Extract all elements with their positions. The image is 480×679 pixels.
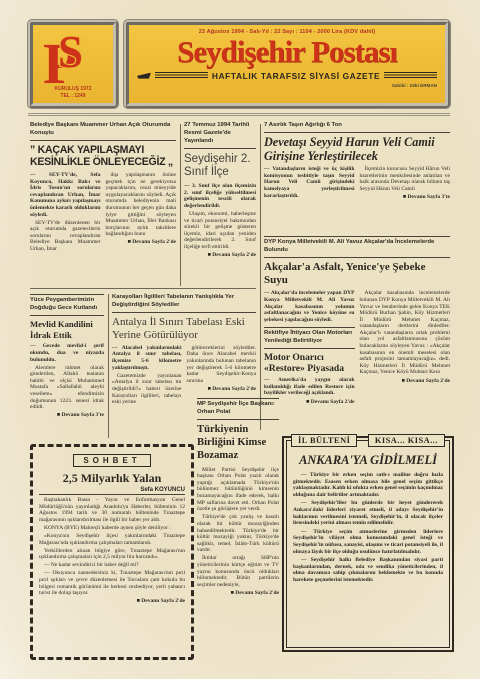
story-akcalar: DYP Konya Milletvekili M. Ali Yavuz Akça…: [264, 236, 450, 432]
story-devetasi-body: — Vatandaşların isteği ve üç kişilik kom…: [264, 166, 450, 200]
story-antalya-headline: Antalya İl Sınırı Tabelası Eski Yerine G…: [112, 316, 256, 342]
logo-box: P S KURULUŞ 1972 TEL : 1249: [28, 20, 118, 108]
sohbet-byline: Sefa KOYUNCU: [39, 487, 185, 495]
story-mevlid: Yüce Peygamberimizin Doğduğu Gece Kutlan…: [30, 294, 104, 440]
sohbet-label: SOHBET: [73, 454, 150, 467]
story-sinif-continuation: ■ Devamı Sayfa 2'de: [184, 252, 256, 259]
bulletin-body: — Türkiye bir erken seçim sath-ı mailine…: [293, 472, 443, 584]
story-mevlid-par: Alemlere rahmet olarak gönderilen, Allah…: [30, 365, 104, 411]
bulletin-par: — Seydişehir halkı Belediye Başkanından …: [293, 557, 443, 583]
story-devetasi-headline: Devetaşı Seyyid Harun Veli Camii Girişin…: [264, 136, 450, 163]
story-kacak-body: — SEY-TV'de, Sefa Koyuncu, Hakkı Balcı v…: [30, 172, 176, 253]
newspaper-title: Seydişehir Postası: [137, 36, 437, 68]
story-antalya-kicker: Karayolları İlgilileri Tabelanın Yanlışl…: [112, 294, 256, 313]
subtitle-rule-right: [384, 72, 437, 79]
story-akcalar-par: Akçalar kasabasında incelemelerde buluna…: [360, 290, 451, 376]
story-restore-kicker: Rektifiye İhtiyacı Olan Motorları Yenile…: [264, 330, 355, 349]
column-rule: [108, 294, 109, 438]
story-devetasi-kicker: 7 Asırlık Taşın Ağırlığı 6 Ton: [264, 122, 450, 133]
story-kacak-lead: — SEY-TV'de, Sefa Koyuncu, Hakkı Balcı v…: [30, 172, 101, 218]
sohbet-continuation: ■ Devamı Sayfa 2'de: [39, 598, 185, 605]
sohbet-par: KONYA (BYE) Mahreçli haberde aynen şöyle…: [39, 525, 185, 532]
story-akcalar-left-column: — Akçalar'da incelemeler yapan DYP Konya…: [264, 290, 355, 405]
masthead-divider: [28, 113, 450, 116]
sohbet-par: «Konya'nın Seydişehir ilçesi yakınlarınd…: [39, 533, 185, 546]
story-mevlid-headline: Mevlid Kandilini İdrak Ettik: [30, 319, 104, 340]
bulletin-par: — Seydişehir'liler bu günlerde bir heyet…: [293, 500, 443, 526]
story-restore-lead: — Amerika'da yaygın olarak kullanıldığı …: [264, 377, 355, 397]
story-mevlid-kicker: Yüce Peygamberimizin Doğduğu Gece Kutlan…: [30, 294, 104, 316]
story-kacak-par: dışı yapılaşmanın önüne geçmek için ne g…: [106, 172, 177, 238]
story-polat-headline: Türkiyenin Birliğini Kimse Bozamaz: [197, 424, 279, 463]
story-sinif-body: — 3. Sınıf ilçe olan ilçemizin 2. sınıf …: [184, 183, 256, 259]
sohbet-box: SOHBET 2,5 Milyarlık Yalan Sefa KOYUNCU …: [30, 444, 194, 660]
story-antalya-par: götüreceklerini söylediler. Daha önce Al…: [187, 345, 257, 385]
sohbet-par: Yetkililerden alınan bilgiye göre, Tınaz…: [39, 548, 185, 561]
band-ornament-icon: [137, 73, 151, 79]
story-antalya-body: — Alacabel yakınlarındaki Antalya il sın…: [112, 345, 256, 406]
bulletin-tab-il-bulteni: İL BÜLTENİ: [291, 434, 357, 447]
sohbet-headline: 2,5 Milyarlık Yalan: [39, 471, 185, 486]
bulletin-tab-kisa-kisa: KISA... KISA...: [368, 434, 445, 447]
story-akcalar-continuation: ■ Devamı Sayfa 2'de: [360, 378, 451, 385]
story-mevlid-lead: — Gecede mevlid-i şerif okundu, dua ve n…: [30, 343, 104, 363]
story-polat-par: Türkiye'de çok yanlış ve kasıtlı olarak …: [197, 514, 279, 554]
story-sinif: 27 Temmuz 1994 Tarihli Resmi Gazete'de Y…: [184, 122, 256, 286]
story-akcalar-lead: — Akçalar'da incelemeler yapan DYP Konya…: [264, 290, 355, 323]
story-mevlid-body: — Gecede mevlid-i şerif okundu, dua ve n…: [30, 343, 104, 419]
subtitle-band: HAFTALIK TARAFSIZ SİYASİ GAZETE: [137, 71, 437, 81]
column-rule: [180, 124, 181, 286]
bulletin-par: — Türkiye bir erken seçim sath-ı mailine…: [293, 472, 443, 498]
story-devetasi-par: İlçemizin kurucusu Seyyid Hârun Veli haz…: [360, 166, 451, 192]
masthead-owner: Sahibi : Zeki ERMAN: [137, 83, 437, 88]
sohbet-par: Başbakanlık Basın - Yayın ve Enformasyon…: [39, 497, 185, 523]
story-polat-par: İktidar ortağı SHP'nin yöneticilerinin k…: [197, 555, 279, 588]
story-kacak-par: SEY-TV'de düzenlenen bir açık oturumda g…: [30, 220, 101, 253]
logo-caption-tel: TEL : 1249: [33, 93, 113, 100]
story-antalya: Karayolları İlgilileri Tabelanın Yanlışl…: [112, 294, 256, 394]
story-akcalar-kicker: DYP Konya Milletvekili M. Ali Yavuz Akça…: [264, 239, 450, 258]
story-mevlid-continuation: ■ Devamı Sayfa 3'te: [30, 412, 104, 419]
sohbet-body: Başbakanlık Basın - Yayın ve Enformasyon…: [39, 497, 185, 605]
story-akcalar-right-column: Akçalar kasabasında incelemelerde buluna…: [360, 290, 451, 405]
story-restore-headline: Motor Onarıcı «Restore» Piyasada: [264, 352, 355, 375]
newspaper-logo-icon: P S: [41, 27, 103, 91]
story-sinif-headline: Seydişehir 2. Sınıf İlçe: [184, 153, 256, 180]
story-antalya-continuation: ■ Devamı Sayfa 2'de: [187, 386, 257, 393]
story-sinif-par: Ulaşım, ekonomi, haberleşme ve ticari po…: [184, 211, 256, 251]
story-antalya-par: Gazetemizde yayınlanan «Antalya il sınır…: [112, 373, 182, 406]
story-kacak-continuation: ■ Devamı Sayfa 2'de: [106, 239, 177, 246]
story-kacak-headline: ” KAÇAK YAPILAŞMAYI KESİNLİKLE ÖNLEYECEĞ…: [30, 144, 176, 169]
story-kacak: Belediye Başkanı Muammer Urhan Açık Otur…: [30, 122, 176, 286]
svg-text:S: S: [58, 27, 83, 77]
story-sinif-lead: — 3. Sınıf ilçe olan ilçemizin 2. sınıf …: [184, 183, 256, 209]
bulletin-box: İL BÜLTENİ KISA... KISA... ANKARA'YA GİD…: [286, 440, 450, 648]
story-polat-body: Millet Partisi Seydişehir ilçe başkanı O…: [197, 467, 279, 597]
story-kacak-kicker: Belediye Başkanı Muammer Urhan Açık Otur…: [30, 122, 176, 141]
newspaper-page: P S KURULUŞ 1972 TEL : 1249 23 Ağustos 1…: [0, 0, 480, 679]
story-polat-kicker: MP Seydişehir İlçe Başkanı: Orhan Polat: [197, 398, 279, 420]
section-rule: [30, 288, 256, 289]
bulletin-headline: ANKARA'YA GİDİLMELİ: [293, 453, 443, 468]
column-rule: [260, 124, 261, 430]
masthead: 23 Ağustos 1994 - Salı-Yıl : 22 Sayı : 1…: [124, 20, 450, 108]
story-devetasi: 7 Asırlık Taşın Ağırlığı 6 Ton Devetaşı …: [264, 122, 450, 232]
sohbet-par: — Okuyunca zannedersiniz ki, Tınaztepe M…: [39, 570, 185, 596]
logo-caption: KURULUŞ 1972 TEL : 1249: [33, 86, 113, 99]
story-polat-continuation: ■ Devamı Sayfa 2'de: [197, 590, 279, 597]
story-polat: MP Seydişehir İlçe Başkanı: Orhan Polat …: [197, 398, 279, 658]
story-devetasi-continuation: ■ Devamı Sayfa 3'te: [360, 194, 451, 201]
story-restore: Rektifiye İhtiyacı Olan Motorları Yenile…: [264, 327, 355, 405]
masthead-subtitle: HAFTALIK TARAFSIZ SİYASİ GAZETE: [212, 71, 380, 81]
story-sinif-kicker: 27 Temmuz 1994 Tarihli Resmi Gazete'de Y…: [184, 122, 256, 149]
story-antalya-lead: — Alacabel yakınlarındaki Antalya il sın…: [112, 345, 182, 371]
bulletin-par: — Türkiye seçim atmosferine girmeden lid…: [293, 529, 443, 555]
story-polat-par: Millet Partisi Seydişehir ilçe başkanı O…: [197, 467, 279, 513]
story-devetasi-lead: — Vatandaşların isteği ve üç kişilik kom…: [264, 166, 355, 199]
story-akcalar-headline: Akçalar'a Asfalt, Yenice'ye Şebeke Suyu: [264, 261, 450, 287]
subtitle-rule-left: [155, 72, 208, 79]
sohbet-par: — Ne kadar sevindirici bir haber değil m…: [39, 562, 185, 569]
